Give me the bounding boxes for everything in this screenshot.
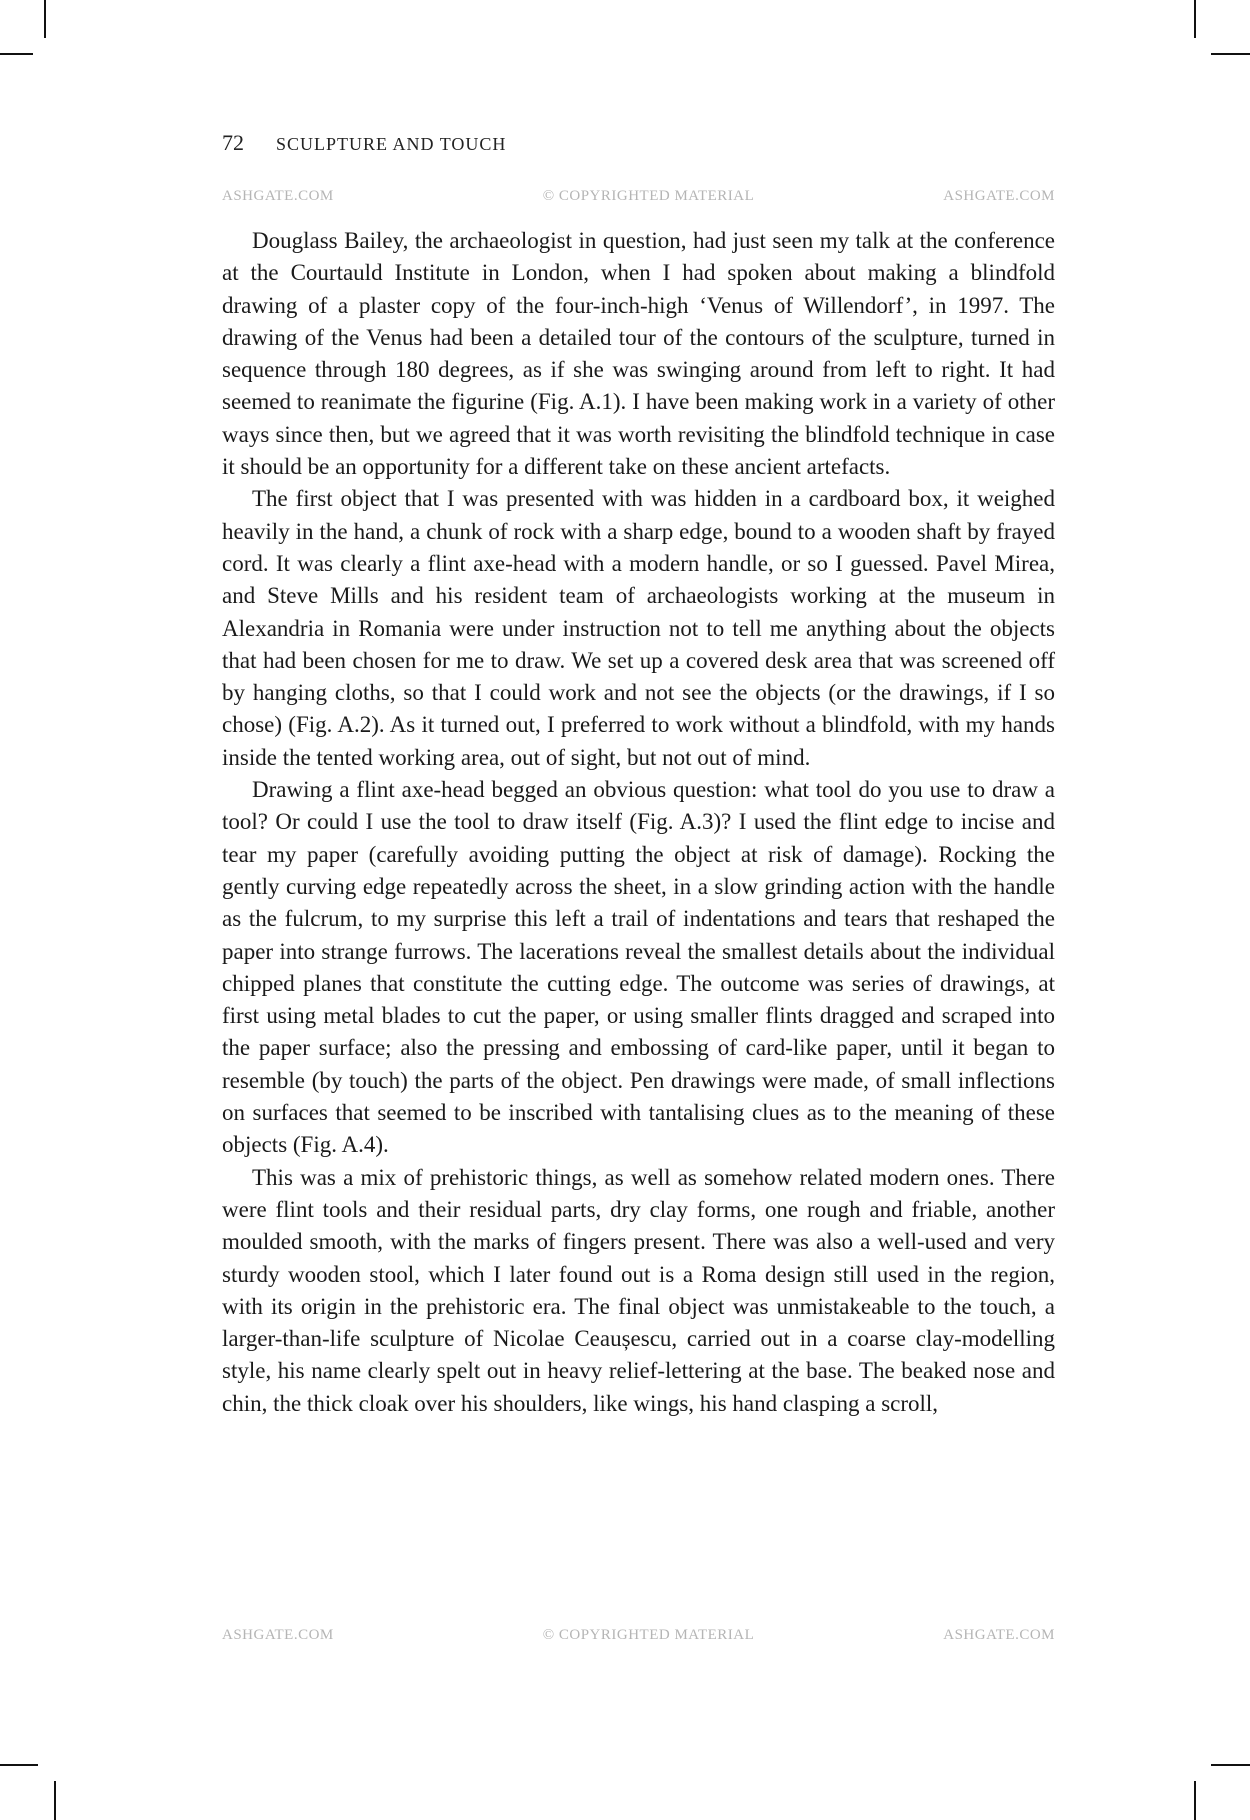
paragraph: Drawing a flint axe-head begged an obvio… xyxy=(222,774,1055,1162)
crop-mark-bottom-right-vertical xyxy=(1194,1781,1196,1820)
page-number: 72 xyxy=(222,130,244,155)
running-title: Sculpture and Touch xyxy=(276,134,506,154)
crop-mark-bottom-left-horizontal xyxy=(0,1764,38,1766)
watermark-center: © COPYRIGHTED MATERIAL xyxy=(543,188,755,205)
watermark-center: © COPYRIGHTED MATERIAL xyxy=(543,1627,755,1644)
watermark-top: ASHGATE.COM © COPYRIGHTED MATERIAL ASHGA… xyxy=(222,188,1055,205)
body-text: Douglass Bailey, the archaeologist in qu… xyxy=(222,225,1055,1420)
watermark-left: ASHGATE.COM xyxy=(222,1627,334,1644)
crop-mark-bottom-right-horizontal xyxy=(1211,1764,1250,1766)
paragraph: This was a mix of prehistoric things, as… xyxy=(222,1162,1055,1420)
watermark-bottom: ASHGATE.COM © COPYRIGHTED MATERIAL ASHGA… xyxy=(222,1627,1055,1644)
paragraph: Douglass Bailey, the archaeologist in qu… xyxy=(222,225,1055,483)
watermark-right: ASHGATE.COM xyxy=(943,188,1055,205)
watermark-right: ASHGATE.COM xyxy=(943,1627,1055,1644)
crop-mark-top-right-vertical xyxy=(1194,0,1196,38)
watermark-left: ASHGATE.COM xyxy=(222,188,334,205)
crop-mark-top-right-horizontal xyxy=(1211,53,1250,55)
running-head: 72 Sculpture and Touch xyxy=(222,130,506,156)
crop-mark-bottom-left-vertical xyxy=(54,1781,56,1820)
crop-mark-top-left-vertical xyxy=(44,0,46,38)
paragraph: The first object that I was presented wi… xyxy=(222,483,1055,774)
crop-mark-top-left-horizontal xyxy=(0,53,33,55)
